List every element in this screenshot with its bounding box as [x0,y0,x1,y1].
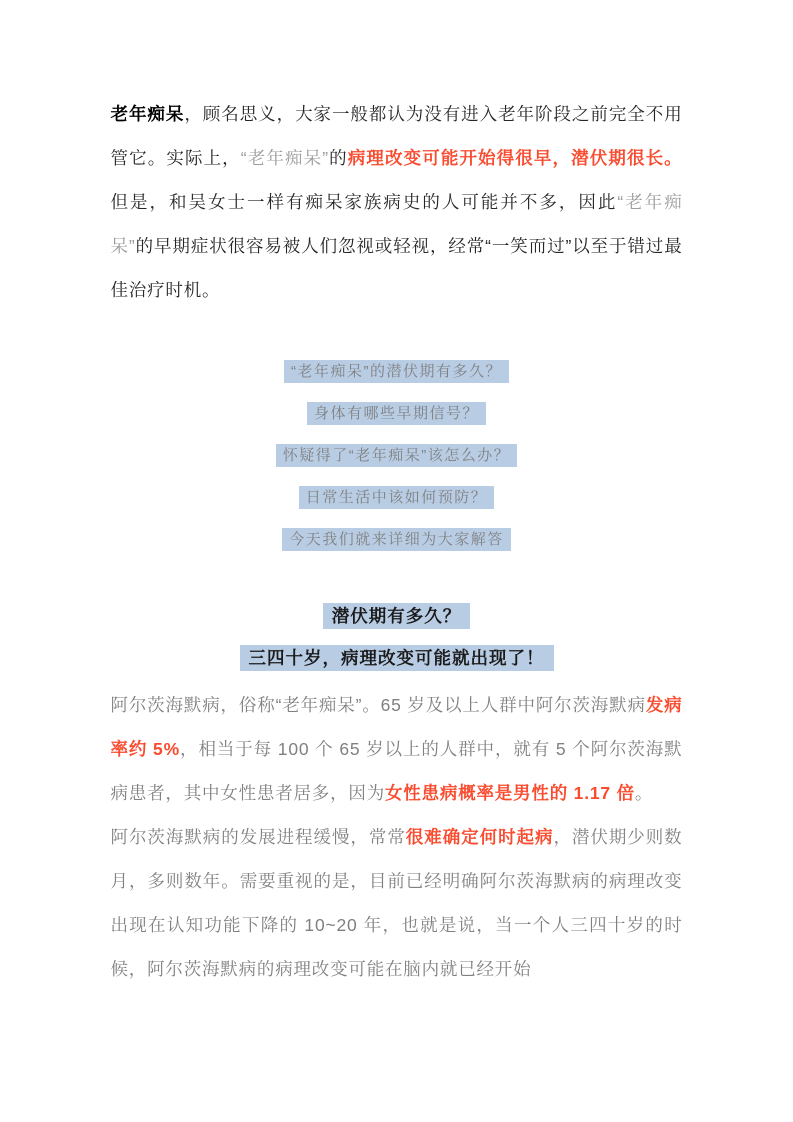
question-row: 怀疑得了“老年痴呆”该怎么办？ [111,444,683,467]
article-content: 老年痴呆，顾名思义，大家一般都认为没有进入老年阶段之前完全不用管它。实际上，“老… [111,0,683,991]
question-line: 身体有哪些早期信号？ [307,402,486,425]
question-row: “老年痴呆”的潜伏期有多久？ [111,360,683,383]
black-text: 的 [329,148,348,168]
gray-text: 阿尔茨海默病，俗称“老年痴呆”。65 岁及以上人群中阿尔茨海默病 [111,695,646,715]
body-paragraph-2: 阿尔茨海默病的发展进程缓慢，常常很难确定何时起病，潜伏期少则数月，多则数年。需要… [111,815,683,991]
section-heading-row-2: 三四十岁，病理改变可能就出现了！ [111,645,683,671]
section-heading-2: 三四十岁，病理改变可能就出现了！ [240,645,554,671]
black-text: 的早期症状很容易被人们忽视或轻视，经常“一笑而过”以至于错过最佳治疗时机。 [111,236,683,300]
body-paragraph-1: 阿尔茨海默病，俗称“老年痴呆”。65 岁及以上人群中阿尔茨海默病发病率约 5%，… [111,683,683,815]
question-line: 今天我们就来详细为大家解答 [282,528,511,551]
question-line: 怀疑得了“老年痴呆”该怎么办？ [276,444,518,467]
question-row: 日常生活中该如何预防？ [111,486,683,509]
section-heading-1: 潜伏期有多久？ [323,603,471,629]
question-row: 身体有哪些早期信号？ [111,402,683,425]
black-bold-text: 老年痴呆 [111,104,185,124]
gray-text: 阿尔茨海默病的发展进程缓慢，常常 [111,827,406,847]
gray-text: 。 [635,783,653,803]
gray-quote-text: “老年痴呆” [241,148,329,168]
red-bold-text: 女性患病概率是男性的 1.17 倍 [385,783,635,803]
question-line: “老年痴呆”的潜伏期有多久？ [284,360,509,383]
intro-paragraph: 老年痴呆，顾名思义，大家一般都认为没有进入老年阶段之前完全不用管它。实际上，“老… [111,92,683,312]
black-text: 但是，和吴女士一样有痴呆家族病史的人可能并不多，因此 [111,192,618,212]
gray-text: ，潜伏期少则数月，多则数年。需要重视的是，目前已经明确阿尔茨海默病的病理改变出现… [111,827,683,979]
red-bold-text: 病理改变可能开始得很早，潜伏期很长。 [348,148,683,168]
document-page: 老年痴呆，顾名思义，大家一般都认为没有进入老年阶段之前完全不用管它。实际上，“老… [0,0,793,991]
question-line: 日常生活中该如何预防？ [299,486,495,509]
red-bold-text: 很难确定何时起病 [406,827,554,847]
question-block: “老年痴呆”的潜伏期有多久？身体有哪些早期信号？怀疑得了“老年痴呆”该怎么办？日… [111,360,683,551]
section-heading-row-1: 潜伏期有多久？ [111,603,683,629]
question-row: 今天我们就来详细为大家解答 [111,528,683,551]
